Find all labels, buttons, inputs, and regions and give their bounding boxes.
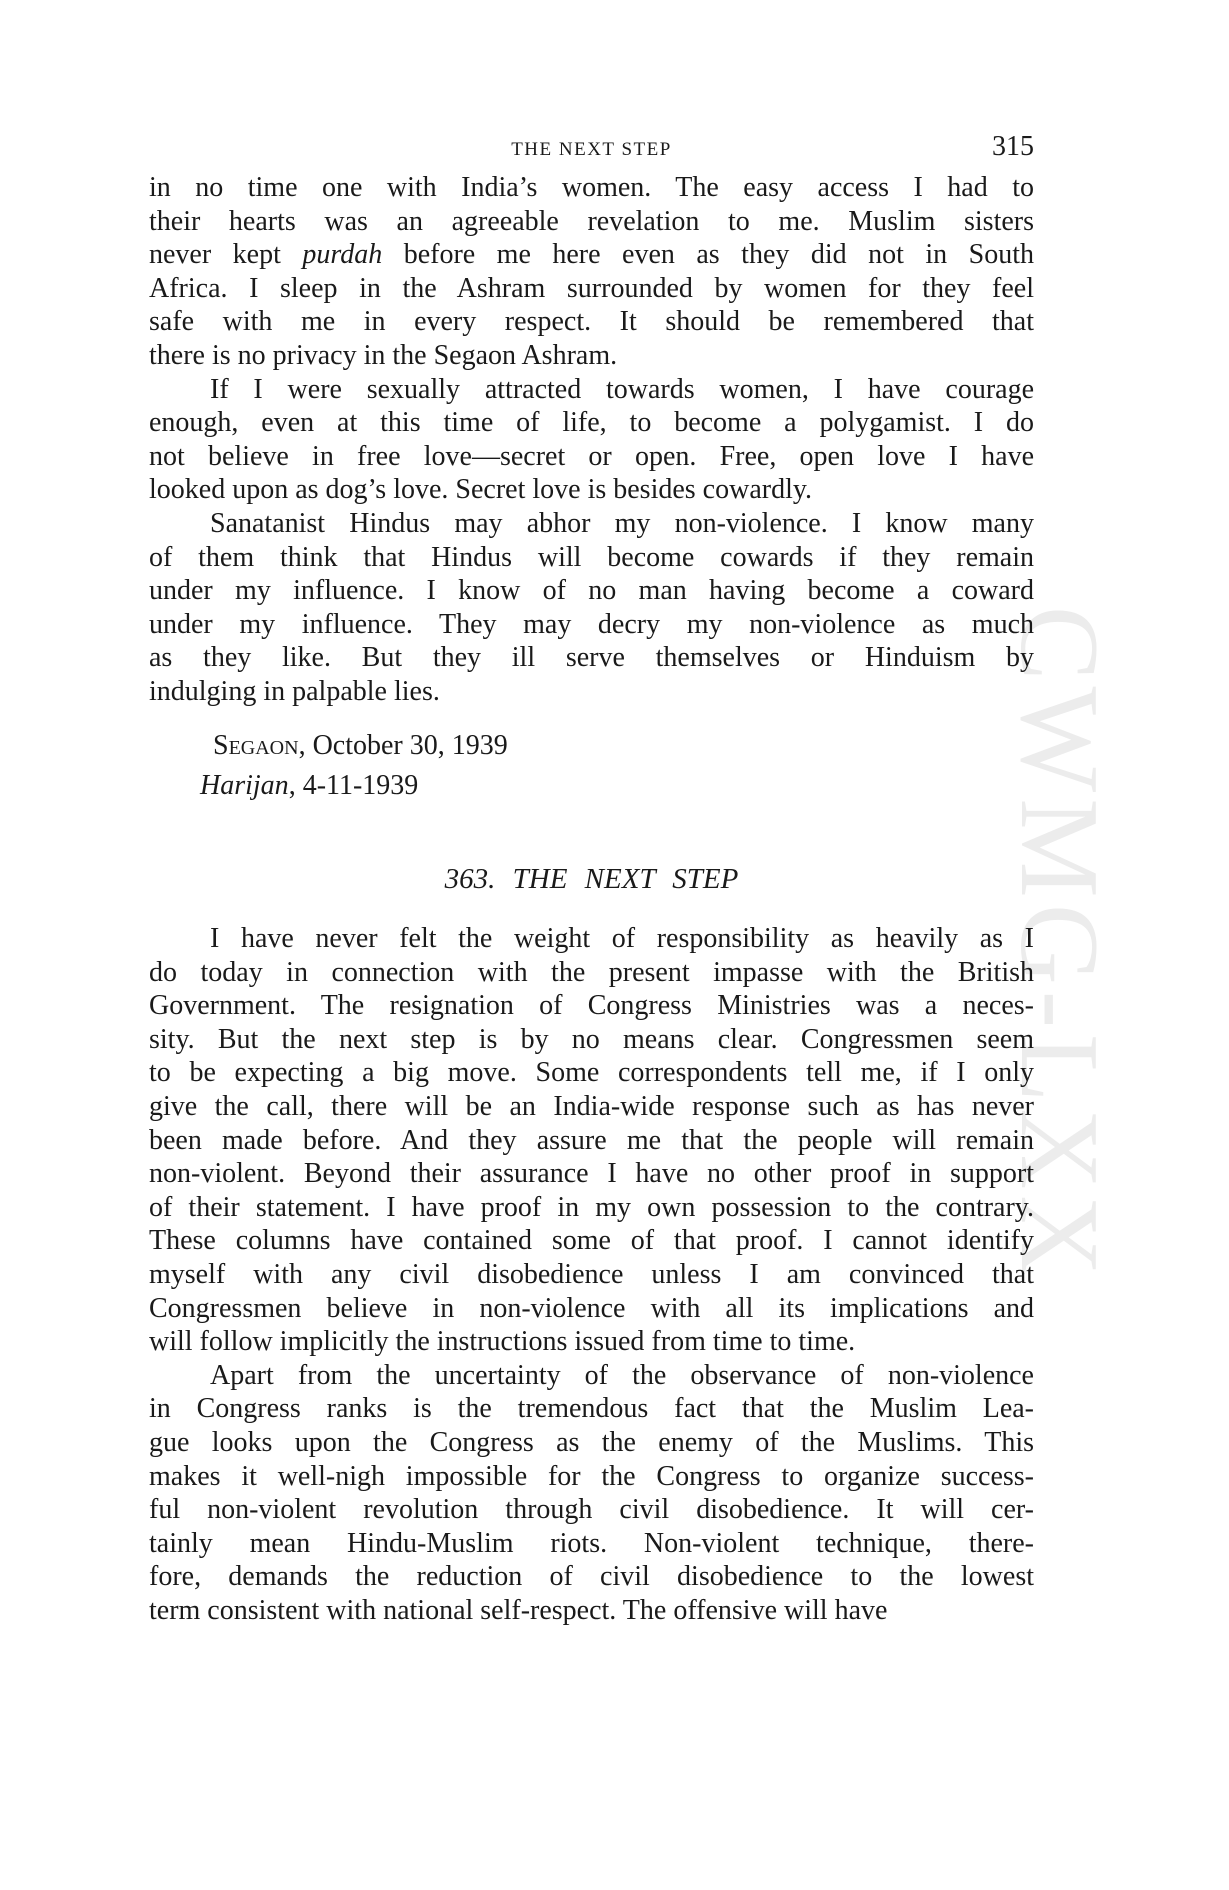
text-line: their hearts was an agreeable revelation… [149, 205, 1034, 239]
section-number: 363. [445, 863, 496, 895]
text-line: Congressmen believe in non-violence with… [149, 1292, 1034, 1326]
section-heading: 363. THE NEXT STEP [149, 862, 1034, 896]
running-title: THE NEXT STEP [149, 139, 1034, 161]
text-line: term consistent with national self-respe… [149, 1594, 1034, 1628]
running-head: THE NEXT STEP 315 [149, 131, 1034, 165]
text-line: gue looks upon the Congress as the enemy… [149, 1426, 1034, 1460]
italic-term: purdah [302, 239, 382, 270]
text-line: under my influence. They may decry my no… [149, 608, 1034, 642]
text-line: in Congress ranks is the tremendous fact… [149, 1392, 1034, 1426]
text-line: sity. But the next step is by no means c… [149, 1023, 1034, 1057]
section-title: THE NEXT STEP [513, 863, 739, 895]
text-line: to be expecting a big move. Some corresp… [149, 1056, 1034, 1090]
text-line: there is no privacy in the Segaon Ashram… [149, 339, 1034, 373]
dateline-date: , October 30, 1939 [299, 730, 508, 761]
text-line: of them think that Hindus will become co… [149, 541, 1034, 575]
text-line: Apart from the uncertainty of the observ… [210, 1359, 1034, 1393]
dateline-place: Segaon [213, 730, 299, 761]
text-line: Sanatanist Hindus may abhor my non-viole… [210, 507, 1034, 541]
text-line: safe with me in every respect. It should… [149, 305, 1034, 339]
text-line: tainly mean Hindu-Muslim riots. Non-viol… [149, 1527, 1034, 1561]
page-number: 315 [992, 131, 1034, 163]
text-line: never kept purdah before me here even as… [149, 238, 1034, 272]
text-line: enough, even at this time of life, to be… [149, 406, 1034, 440]
book-page: CWMG-LXX THE NEXT STEP 315 in no time on… [0, 0, 1229, 1890]
text-line: of their statement. I have proof in my o… [149, 1191, 1034, 1225]
text-line: I have never felt the weight of responsi… [210, 922, 1034, 956]
source-date: , 4-11-1939 [289, 770, 419, 801]
text-line: as they like. But they ill serve themsel… [149, 641, 1034, 675]
text-line: looked upon as dog’s love. Secret love i… [149, 473, 1034, 507]
text-line: fore, demands the reduction of civil dis… [149, 1560, 1034, 1594]
text-line: not believe in free love—secret or open.… [149, 440, 1034, 474]
text-line: under my influence. I know of no man hav… [149, 574, 1034, 608]
source-citation: Harijan, 4-11-1939 [200, 769, 418, 803]
text-line: myself with any civil disobedience unles… [149, 1258, 1034, 1292]
text-line: will follow implicitly the instructions … [149, 1325, 1034, 1359]
text-line: give the call, there will be an India-wi… [149, 1090, 1034, 1124]
text-line: ful non-violent revolution through civil… [149, 1493, 1034, 1527]
text-line: indulging in palpable lies. [149, 675, 1034, 709]
text-line: If I were sexually attracted towards wom… [210, 373, 1034, 407]
source-publication: Harijan [200, 770, 289, 801]
text-line: in no time one with India’s women. The e… [149, 171, 1034, 205]
text-line: These columns have contained some of tha… [149, 1224, 1034, 1258]
dateline: Segaon, October 30, 1939 [213, 729, 508, 763]
text-line: do today in connection with the present … [149, 956, 1034, 990]
text-line: non-violent. Beyond their assurance I ha… [149, 1157, 1034, 1191]
text-line: makes it well-nigh impossible for the Co… [149, 1460, 1034, 1494]
text-line: Africa. I sleep in the Ashram surrounded… [149, 272, 1034, 306]
text-line: been made before. And they assure me tha… [149, 1124, 1034, 1158]
text-line: Government. The resignation of Congress … [149, 989, 1034, 1023]
